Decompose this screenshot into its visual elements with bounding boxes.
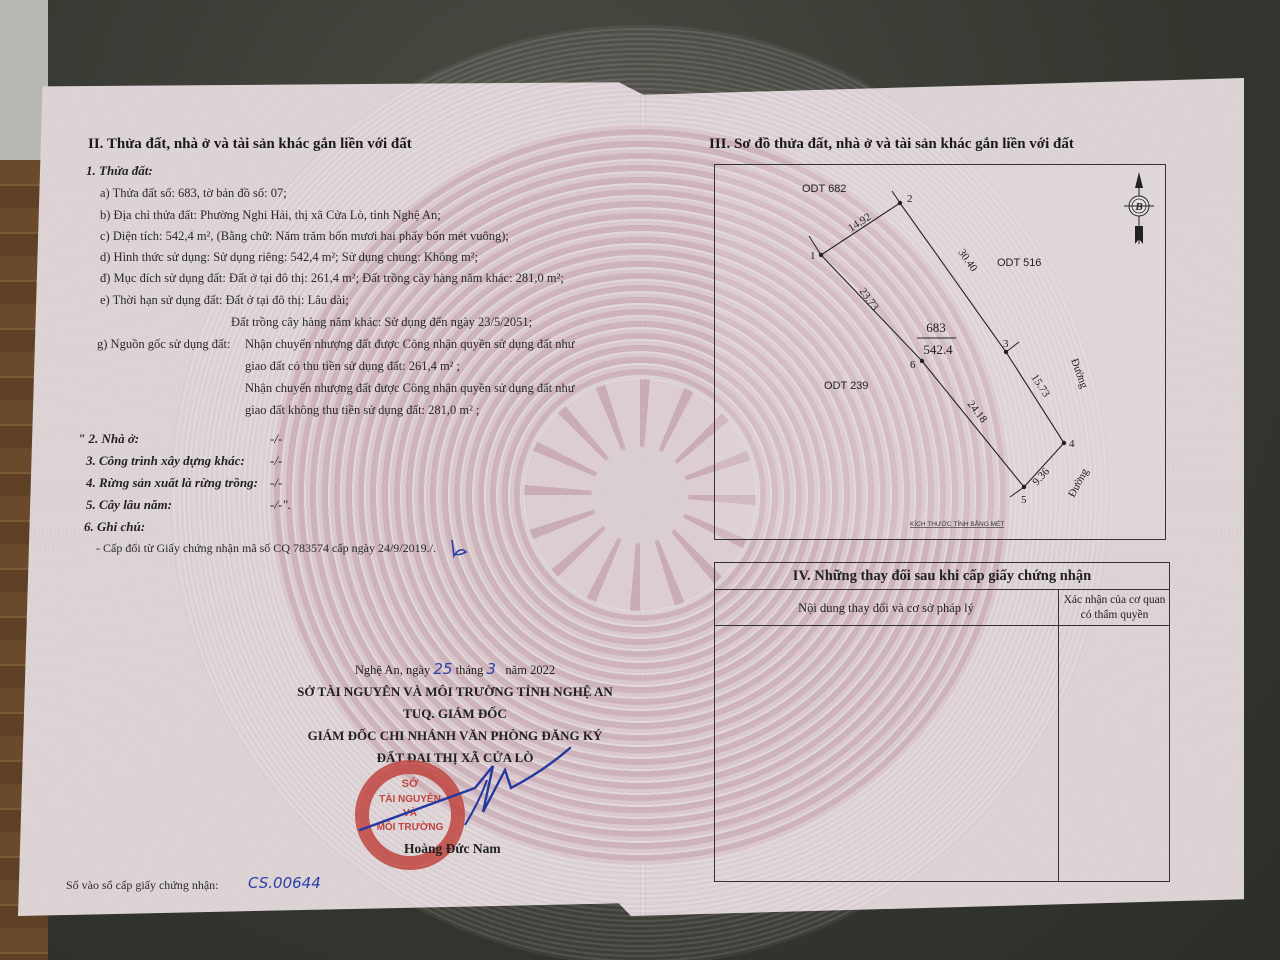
- changes-col-divider: [1058, 626, 1059, 882]
- parcel-address: b) Địa chỉ thửa đất: Phường Nghi Hải, th…: [100, 208, 441, 223]
- forest-value: -/-: [270, 475, 282, 491]
- edge-2-3: 30.40: [956, 247, 980, 275]
- parcel-heading: 1. Thửa đất:: [86, 163, 153, 179]
- construction-label: 3. Công trình xây dựng khác:: [86, 453, 245, 469]
- usage-term-2: Đất trồng cây hàng năm khác: Sử dụng đến…: [231, 315, 532, 330]
- note-text: - Cấp đổi từ Giấy chứng nhận mã số CQ 78…: [96, 541, 436, 556]
- section2-title: II. Thửa đất, nhà ở và tài sản khác gắn …: [88, 136, 412, 153]
- registry-number: CS.00644: [248, 874, 321, 892]
- origin-line-2: giao đất có thu tiền sử dụng đất: 261,4 …: [245, 359, 460, 374]
- point-1: 1: [810, 250, 816, 262]
- scale-note: KÍCH THƯỚC TÍNH BẰNG MÉT: [910, 519, 1004, 528]
- point-6: 6: [910, 359, 916, 371]
- edge-6-1: 23.73: [857, 286, 882, 313]
- parcel-id: 683: [926, 320, 946, 335]
- changes-col-confirmation: Xác nhận của cơ quan có thẩm quyền: [1058, 590, 1170, 626]
- section3-title: III. Sơ đồ thửa đất, nhà ở và tài sản kh…: [709, 136, 1074, 153]
- house-label: " 2. Nhà ở:: [78, 431, 139, 447]
- origin-line-3: Nhận chuyển nhượng đất được Công nhận qu…: [245, 381, 575, 396]
- forest-label: 4. Rừng sản xuất là rừng trồng:: [86, 475, 258, 491]
- usage-term: e) Thời hạn sử dụng đất: Đất ở tại đô th…: [100, 293, 349, 308]
- signature-icon: [355, 730, 575, 840]
- point-3: 3: [1003, 338, 1009, 350]
- point-2: 2: [907, 193, 913, 205]
- house-value: -/-: [270, 431, 282, 447]
- signer-name: Hoàng Đức Nam: [404, 841, 501, 857]
- parcel-area-label: 542.4: [923, 342, 953, 357]
- authorization: TUQ. GIÁM ĐỐC: [270, 703, 640, 725]
- construction-value: -/-: [270, 453, 282, 469]
- origin-label: g) Nguồn gốc sử dụng đất:: [97, 337, 231, 352]
- issuing-org: SỞ TÀI NGUYÊN VÀ MÔI TRƯỜNG TỈNH NGHỆ AN: [270, 681, 640, 703]
- svg-text:B: B: [1134, 201, 1142, 213]
- point-5: 5: [1021, 494, 1027, 506]
- edge-5-6: 24.18: [965, 398, 990, 425]
- road-label-south: Đường: [1066, 466, 1091, 499]
- edge-3-4: 15.73: [1028, 372, 1052, 400]
- registry-label: Số vào sổ cấp giấy chứng nhận:: [66, 878, 218, 893]
- section4-title: IV. Những thay đổi sau khi cấp giấy chứn…: [714, 562, 1170, 590]
- edge-1-2: 14.92: [846, 211, 873, 235]
- parcel-number: a) Thửa đất số: 683, tờ bản đồ số: 07;: [100, 186, 287, 201]
- signing-month: 3: [487, 660, 497, 678]
- perennial-label: 5. Cây lâu năm:: [86, 497, 172, 513]
- neighbor-odt-239: ODT 239: [824, 380, 868, 392]
- usage-form: d) Hình thức sử dụng: Sử dụng riêng: 542…: [100, 250, 478, 265]
- initial-mark-icon: [448, 536, 470, 560]
- note-label: 6. Ghi chú:: [84, 519, 145, 535]
- parcel-area: c) Diện tích: 542,4 m², (Bằng chữ: Năm t…: [100, 229, 509, 244]
- origin-line-4: giao đất không thu tiền sử dụng đất: 281…: [245, 403, 479, 418]
- perennial-value: -/-".: [270, 497, 291, 513]
- road-label-east: Đường: [1068, 357, 1090, 390]
- neighbor-odt-682: ODT 682: [802, 183, 846, 195]
- parcel-diagram: 1 2 3 4 5 6 14.92 30.40 15.73 9.36 24.18…: [714, 164, 1166, 540]
- changes-col-content: Nội dung thay đổi và cơ sở pháp lý: [714, 590, 1058, 626]
- signing-date: Nghệ An, ngày 25 tháng 3 năm 2022: [270, 658, 640, 681]
- signing-day: 25: [433, 660, 452, 678]
- north-arrow-icon: B: [1124, 172, 1154, 244]
- neighbor-odt-516: ODT 516: [997, 257, 1041, 269]
- point-4: 4: [1069, 438, 1075, 450]
- origin-line-1: Nhận chuyển nhượng đất được Công nhận qu…: [245, 337, 575, 352]
- edge-4-5: 9.36: [1030, 465, 1052, 488]
- usage-purpose: đ) Mục đích sử dụng đất: Đất ở tại đô th…: [100, 271, 564, 286]
